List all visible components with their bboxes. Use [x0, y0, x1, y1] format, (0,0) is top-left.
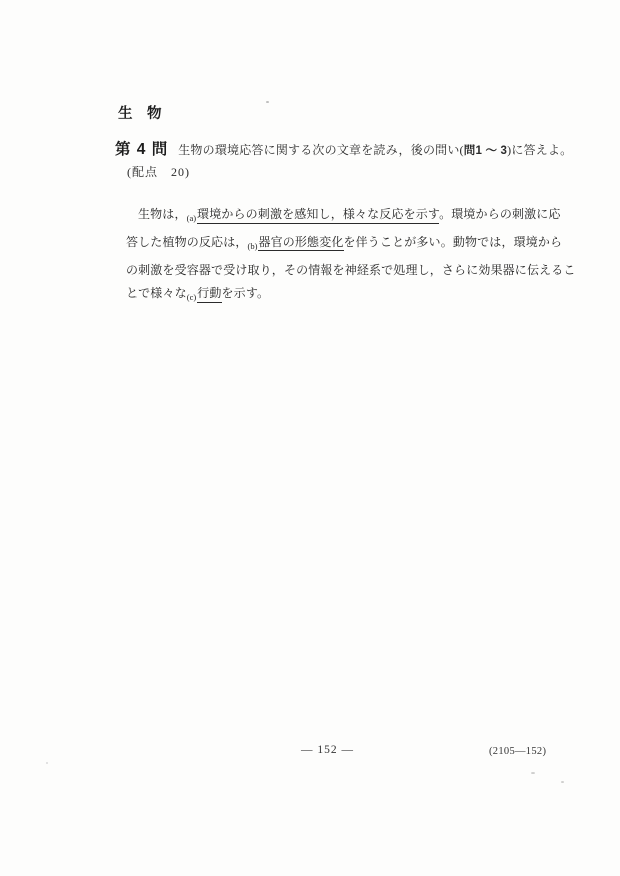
- question-header: 第 4 問生物の環境応答に関する次の文章を読み，後の問い(問1 ～ 3)に答えよ…: [115, 137, 572, 159]
- underlined-phrase-c: 行動: [197, 286, 221, 303]
- scan-speck: [531, 772, 535, 774]
- subject-title: 生 物: [118, 102, 162, 123]
- passage-text-segment: とで様々な: [126, 286, 187, 300]
- scan-speck: [561, 781, 564, 783]
- exam-page: 生 物 第 4 問生物の環境応答に関する次の文章を読み，後の問い(問1 ～ 3)…: [0, 0, 620, 876]
- page-number: — 152 —: [301, 744, 354, 756]
- passage-line-1: 生物は，(a)環境からの刺激を感知し，様々な反応を示す。環境からの刺激に応: [126, 203, 556, 231]
- scan-speck: [135, 296, 137, 298]
- points-note: (配点 20): [127, 163, 190, 180]
- passage-line-2: 答した植物の反応は，(b)器官の形態変化を伴うことが多い。動物では，環境から: [126, 231, 556, 259]
- question-instruction: 生物の環境応答に関する次の文章を読み，後の問い(問1 ～ 3)に答えよ。: [178, 143, 572, 157]
- passage-text-segment: 生物は，: [138, 207, 187, 221]
- underline-label-a: (a): [187, 213, 197, 223]
- instruction-text-pre: 生物の環境応答に関する次の文章を読み，後の問い(: [178, 143, 464, 157]
- underlined-phrase-b: 器官の形態変化: [258, 235, 343, 252]
- passage-line-4: とで様々な(c)行動を示す。: [126, 282, 556, 310]
- underline-label-b: (b): [248, 241, 259, 251]
- passage-text-segment: を示す。: [222, 286, 270, 300]
- underline-label-c: (c): [187, 292, 197, 302]
- passage-text-segment: を伴うことが多い。動物では，環境から: [344, 235, 563, 249]
- passage-text-segment: の刺激を受容器で受け取り，その情報を神経系で処理し，さらに効果器に伝えるこ: [126, 263, 576, 277]
- passage-line-3: の刺激を受容器で受け取り，その情報を神経系で処理し，さらに効果器に伝えるこ: [126, 259, 556, 283]
- passage-text: 生物は，(a)環境からの刺激を感知し，様々な反応を示す。環境からの刺激に応 答し…: [126, 203, 556, 310]
- print-code: (2105—152): [489, 746, 546, 757]
- scan-speck: [46, 762, 48, 764]
- instruction-text-post: )に答えよ。: [507, 143, 572, 157]
- passage-text-segment: 答した植物の反応は，: [126, 235, 248, 249]
- scan-speck: [266, 101, 269, 103]
- question-number-label: 第 4 問: [115, 141, 168, 158]
- underlined-phrase-a: 環境からの刺激を感知し，様々な反応を示す: [197, 207, 439, 224]
- passage-text-segment: 。環境からの刺激に応: [439, 207, 561, 221]
- question-range: 問1 ～ 3: [464, 145, 507, 157]
